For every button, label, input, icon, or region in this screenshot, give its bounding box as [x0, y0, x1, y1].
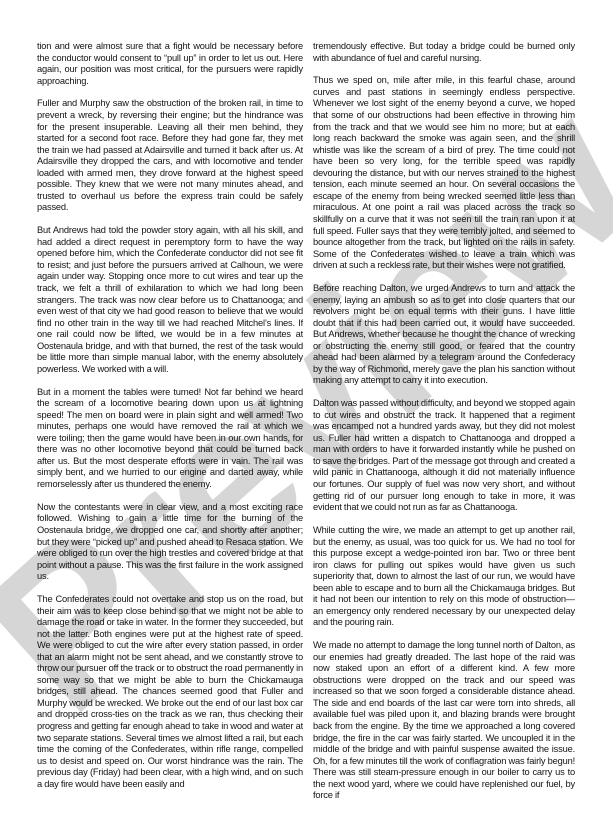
body-paragraph: tion and were almost sure that a fight w…: [37, 41, 303, 87]
body-paragraph: We made no attempt to damage the long tu…: [313, 640, 575, 802]
book-page: Preview tion and were almost sure that a…: [0, 0, 613, 817]
body-paragraph: While cutting the wire, we made an attem…: [313, 525, 575, 629]
body-paragraph: The Confederates could not overtake and …: [37, 594, 303, 790]
body-paragraph: Thus we sped on, mile after mile, in thi…: [313, 75, 575, 271]
body-paragraph: But in a moment the tables were turned! …: [37, 387, 303, 491]
body-paragraph: Dalton was passed without difficulty, an…: [313, 398, 575, 513]
body-paragraph: tremendously effective. But today a brid…: [313, 41, 575, 64]
right-column: tremendously effective. But today a brid…: [313, 41, 575, 817]
body-paragraph: But Andrews had told the powder story ag…: [37, 225, 303, 375]
body-paragraph: Before reaching Dalton, we urged Andrews…: [313, 283, 575, 387]
page-columns: tion and were almost sure that a fight w…: [37, 41, 575, 817]
body-paragraph: Now the contestants were in clear view, …: [37, 502, 303, 583]
body-paragraph: Fuller and Murphy saw the obstruction of…: [37, 98, 303, 213]
left-column: tion and were almost sure that a fight w…: [37, 41, 303, 817]
